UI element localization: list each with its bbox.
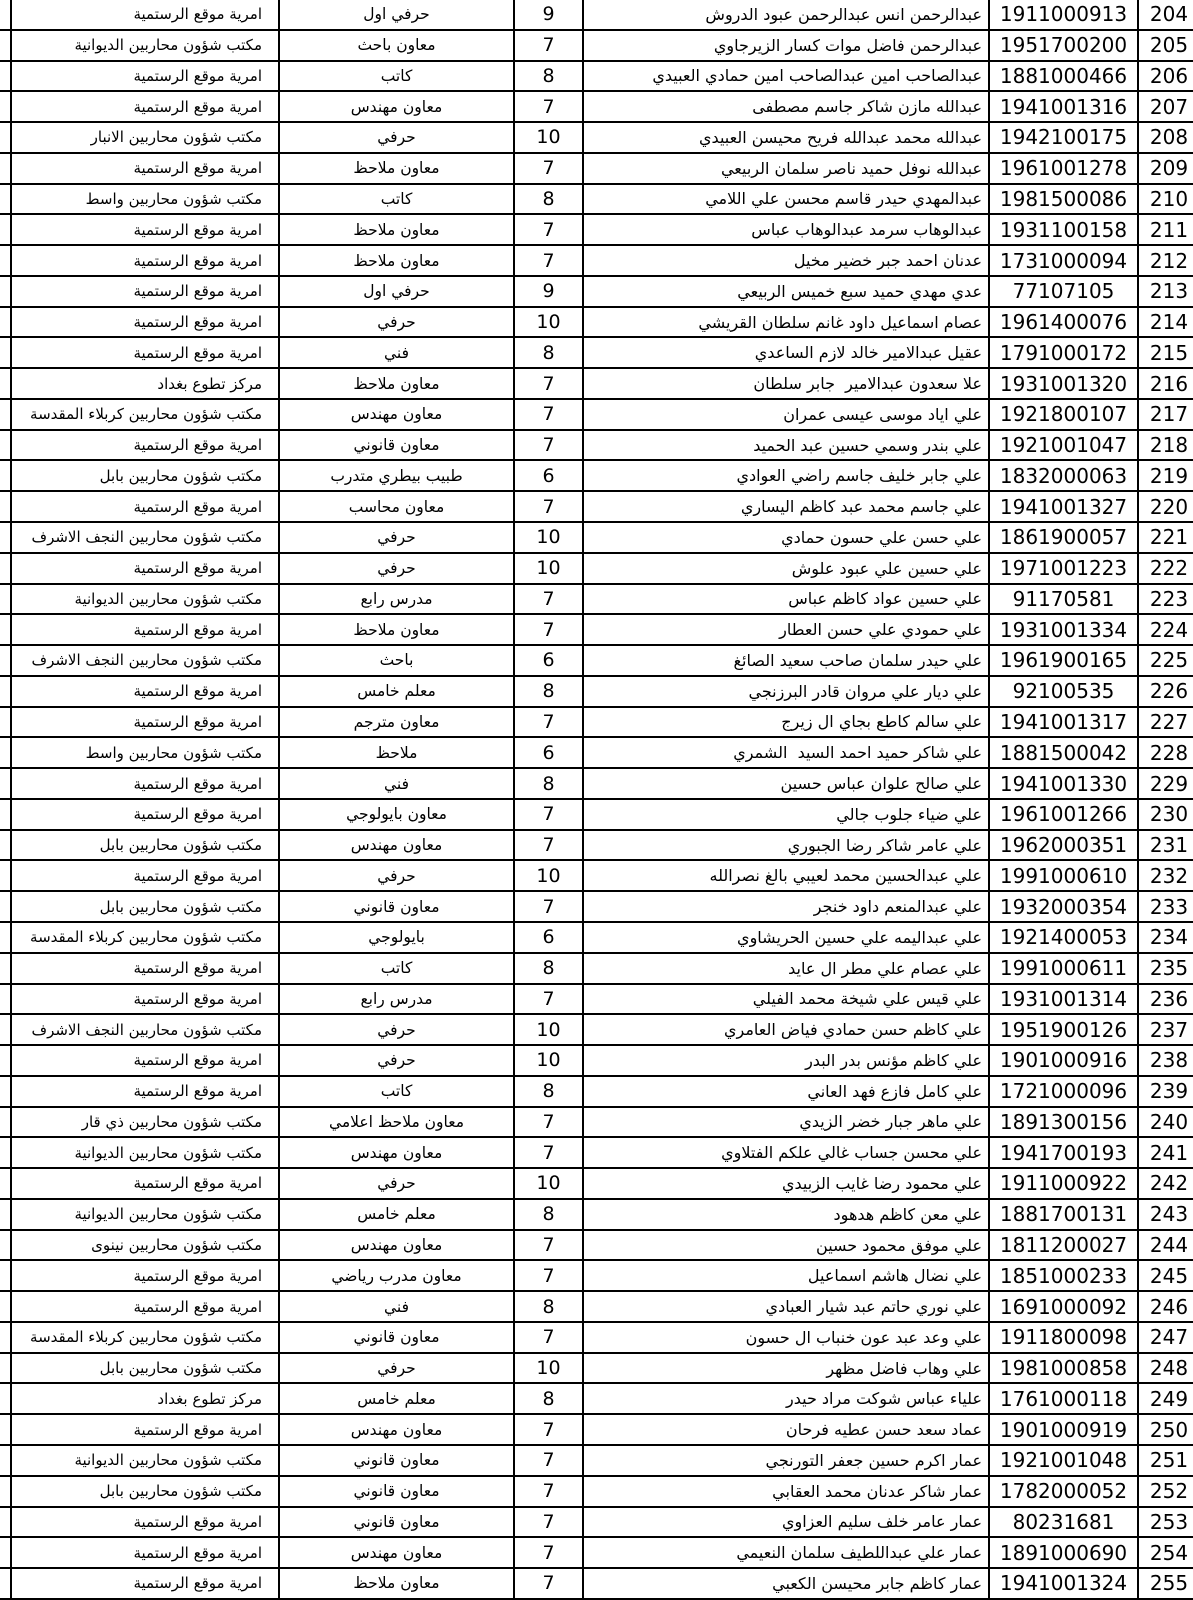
id-cell: 1951900126 xyxy=(988,1015,1137,1046)
row-number-cell: 251 xyxy=(1137,1446,1193,1477)
id-cell: 1691000092 xyxy=(988,1292,1137,1323)
job-cell: معاون مترجم xyxy=(278,708,513,739)
row-number-cell: 219 xyxy=(1137,461,1193,492)
edge-sliver-cell xyxy=(0,677,10,708)
grade-cell: 8 xyxy=(513,769,582,800)
office-cell: مكتب شؤون محاربين النجف الاشرف xyxy=(10,646,278,677)
job-cell: حرفي xyxy=(278,523,513,554)
office-cell: امرية موقع الرستمية xyxy=(10,62,278,93)
grade-cell: 7 xyxy=(513,1477,582,1508)
name-cell: علي وهاب فاضل مظهر xyxy=(582,1354,988,1385)
grade-cell: 8 xyxy=(513,62,582,93)
name-cell: علي شاكر حميد احمد السيد الشمري xyxy=(582,738,988,769)
row-number-cell: 242 xyxy=(1137,1169,1193,1200)
office-cell: امرية موقع الرستمية xyxy=(10,861,278,892)
job-cell: حرفي xyxy=(278,1046,513,1077)
job-cell: معاون مهندس xyxy=(278,400,513,431)
job-cell: حرفي xyxy=(278,1015,513,1046)
job-cell: معاون مهندس xyxy=(278,831,513,862)
edge-sliver-cell xyxy=(0,1231,10,1262)
grade-cell: 9 xyxy=(513,277,582,308)
job-cell: معاون ملاحظ xyxy=(278,1569,513,1600)
edge-sliver-cell xyxy=(0,1569,10,1600)
edge-sliver-cell xyxy=(0,1477,10,1508)
grade-cell: 7 xyxy=(513,1138,582,1169)
edge-sliver-cell xyxy=(0,308,10,339)
edge-sliver-cell xyxy=(0,554,10,585)
name-cell: عدنان احمد جبر خضير مخيل xyxy=(582,246,988,277)
job-cell: طبيب بيطري متدرب xyxy=(278,461,513,492)
job-cell: معاون ملاحظ xyxy=(278,615,513,646)
grade-cell: 7 xyxy=(513,431,582,462)
office-cell: امرية موقع الرستمية xyxy=(10,1261,278,1292)
name-cell: عبدالرحمن انس عبدالرحمن عبود الدروش xyxy=(582,0,988,31)
edge-sliver-cell xyxy=(0,492,10,523)
grade-cell: 6 xyxy=(513,461,582,492)
row-number-cell: 218 xyxy=(1137,431,1193,462)
id-cell: 1941001317 xyxy=(988,708,1137,739)
name-cell: علي اياد موسى عيسى عمران xyxy=(582,400,988,431)
grade-cell: 8 xyxy=(513,1077,582,1108)
grade-cell: 7 xyxy=(513,369,582,400)
office-cell: امرية موقع الرستمية xyxy=(10,154,278,185)
edge-sliver-cell xyxy=(0,954,10,985)
name-cell: عدي مهدي حميد سبع خميس الربيعي xyxy=(582,277,988,308)
row-number-cell: 238 xyxy=(1137,1046,1193,1077)
job-cell: حرفي xyxy=(278,1354,513,1385)
edge-sliver-cell xyxy=(0,523,10,554)
name-cell: علي ديار علي مروان قادر البرزنجي xyxy=(582,677,988,708)
name-cell: علياء عباس شوكت مراد حيدر xyxy=(582,1384,988,1415)
office-cell: امرية موقع الرستمية xyxy=(10,954,278,985)
grade-cell: 10 xyxy=(513,1354,582,1385)
office-cell: مركز تطوع بغداد xyxy=(10,369,278,400)
id-cell: 1991000611 xyxy=(988,954,1137,985)
office-cell: امرية موقع الرستمية xyxy=(10,277,278,308)
edge-sliver-cell xyxy=(0,1508,10,1539)
job-cell: فني xyxy=(278,769,513,800)
job-cell: معاون مهندس xyxy=(278,1415,513,1446)
row-number-cell: 252 xyxy=(1137,1477,1193,1508)
edge-sliver-cell xyxy=(0,1108,10,1139)
grade-cell: 7 xyxy=(513,154,582,185)
id-cell: 1891000690 xyxy=(988,1538,1137,1569)
office-cell: مكتب شؤون محاربين بابل xyxy=(10,461,278,492)
row-number-cell: 220 xyxy=(1137,492,1193,523)
job-cell: معاون باحث xyxy=(278,31,513,62)
row-number-cell: 244 xyxy=(1137,1231,1193,1262)
grade-cell: 7 xyxy=(513,1261,582,1292)
job-cell: معاون قانوني xyxy=(278,1446,513,1477)
grade-cell: 8 xyxy=(513,954,582,985)
name-cell: علي ضياء جلوب جالي xyxy=(582,800,988,831)
id-cell: 1941001330 xyxy=(988,769,1137,800)
grade-cell: 7 xyxy=(513,585,582,616)
grade-cell: 10 xyxy=(513,1169,582,1200)
office-cell: مكتب شؤون محاربين نينوى xyxy=(10,1231,278,1262)
name-cell: علي محسن جساب غالي علكم الفتلاوي xyxy=(582,1138,988,1169)
job-cell: معاون محاسب xyxy=(278,492,513,523)
id-cell: 1911000913 xyxy=(988,0,1137,31)
name-cell: علي قيس علي شيخة محمد الفيلي xyxy=(582,985,988,1016)
row-number-cell: 230 xyxy=(1137,800,1193,831)
edge-sliver-cell xyxy=(0,369,10,400)
grade-cell: 7 xyxy=(513,892,582,923)
job-cell: حرفي xyxy=(278,861,513,892)
name-cell: علي عامر شاكر رضا الجبوري xyxy=(582,831,988,862)
row-number-cell: 253 xyxy=(1137,1508,1193,1539)
office-cell: امرية موقع الرستمية xyxy=(10,246,278,277)
id-cell: 1931001320 xyxy=(988,369,1137,400)
row-number-cell: 211 xyxy=(1137,215,1193,246)
grade-cell: 7 xyxy=(513,1446,582,1477)
id-cell: 1851000233 xyxy=(988,1261,1137,1292)
id-cell: 1931100158 xyxy=(988,215,1137,246)
job-cell: فني xyxy=(278,338,513,369)
name-cell: علا سعدون عبدالامير جابر سلطان xyxy=(582,369,988,400)
job-cell: معاون قانوني xyxy=(278,1323,513,1354)
row-number-cell: 210 xyxy=(1137,185,1193,216)
name-cell: عبدالله محمد عبدالله فريح محيسن العبيدي xyxy=(582,123,988,154)
name-cell: علي نوري حاتم عبد شيار العبادي xyxy=(582,1292,988,1323)
office-cell: امرية موقع الرستمية xyxy=(10,1292,278,1323)
office-cell: امرية موقع الرستمية xyxy=(10,431,278,462)
row-number-cell: 212 xyxy=(1137,246,1193,277)
job-cell: معاون قانوني xyxy=(278,431,513,462)
office-cell: امرية موقع الرستمية xyxy=(10,1569,278,1600)
id-cell: 1931001314 xyxy=(988,985,1137,1016)
office-cell: مكتب شؤون محاربين ذي قار xyxy=(10,1108,278,1139)
job-cell: معاون قانوني xyxy=(278,1477,513,1508)
grade-cell: 10 xyxy=(513,523,582,554)
job-cell: مدرس رابع xyxy=(278,985,513,1016)
name-cell: عبدالله مازن شاكر جاسم مصطفى xyxy=(582,92,988,123)
job-cell: معاون بايولوجي xyxy=(278,800,513,831)
grade-cell: 10 xyxy=(513,308,582,339)
grade-cell: 8 xyxy=(513,1200,582,1231)
grade-cell: 7 xyxy=(513,615,582,646)
edge-sliver-cell xyxy=(0,646,10,677)
job-cell: معاون ملاحظ xyxy=(278,154,513,185)
office-cell: امرية موقع الرستمية xyxy=(10,1169,278,1200)
row-number-cell: 248 xyxy=(1137,1354,1193,1385)
office-cell: امرية موقع الرستمية xyxy=(10,492,278,523)
name-cell: علي وعد عبد عون خنباب ال حسون xyxy=(582,1323,988,1354)
office-cell: مركز تطوع بغداد xyxy=(10,1384,278,1415)
office-cell: مكتب شؤون محاربين بابل xyxy=(10,831,278,862)
edge-sliver-cell xyxy=(0,923,10,954)
edge-sliver-cell xyxy=(0,1292,10,1323)
grade-cell: 10 xyxy=(513,861,582,892)
office-cell: امرية موقع الرستمية xyxy=(10,338,278,369)
job-cell: معاون مدرب رياضي xyxy=(278,1261,513,1292)
job-cell: معاون مهندس xyxy=(278,1138,513,1169)
personnel-table: 2041911000913عبدالرحمن انس عبدالرحمن عبو… xyxy=(0,0,1193,1600)
row-number-cell: 214 xyxy=(1137,308,1193,339)
row-number-cell: 255 xyxy=(1137,1569,1193,1600)
id-cell: 1891300156 xyxy=(988,1108,1137,1139)
office-cell: مكتب شؤون محاربين بابل xyxy=(10,1477,278,1508)
job-cell: معاون مهندس xyxy=(278,1538,513,1569)
row-number-cell: 215 xyxy=(1137,338,1193,369)
row-number-cell: 239 xyxy=(1137,1077,1193,1108)
row-number-cell: 206 xyxy=(1137,62,1193,93)
grade-cell: 7 xyxy=(513,215,582,246)
job-cell: معلم خامس xyxy=(278,1200,513,1231)
name-cell: علي موفق محمود حسين xyxy=(582,1231,988,1262)
grade-cell: 7 xyxy=(513,1323,582,1354)
edge-sliver-cell xyxy=(0,738,10,769)
job-cell: مدرس رابع xyxy=(278,585,513,616)
name-cell: علي حمودي علي حسن العطار xyxy=(582,615,988,646)
id-cell: 1791000172 xyxy=(988,338,1137,369)
edge-sliver-cell xyxy=(0,1138,10,1169)
edge-sliver-cell xyxy=(0,1261,10,1292)
row-number-cell: 231 xyxy=(1137,831,1193,862)
id-cell: 1941001327 xyxy=(988,492,1137,523)
name-cell: عمار كاظم جابر محيسن الكعبي xyxy=(582,1569,988,1600)
grade-cell: 7 xyxy=(513,31,582,62)
office-cell: امرية موقع الرستمية xyxy=(10,1508,278,1539)
office-cell: مكتب شؤون محاربين واسط xyxy=(10,738,278,769)
edge-sliver-cell xyxy=(0,1077,10,1108)
edge-sliver-cell xyxy=(0,1323,10,1354)
id-cell: 1941700193 xyxy=(988,1138,1137,1169)
edge-sliver-cell xyxy=(0,861,10,892)
grade-cell: 6 xyxy=(513,646,582,677)
name-cell: علي عبدالحسين محمد لعيبي بالغ نصرالله xyxy=(582,861,988,892)
office-cell: امرية موقع الرستمية xyxy=(10,92,278,123)
grade-cell: 7 xyxy=(513,1415,582,1446)
row-number-cell: 249 xyxy=(1137,1384,1193,1415)
grade-cell: 7 xyxy=(513,1569,582,1600)
job-cell: فني xyxy=(278,1292,513,1323)
name-cell: علي عبدالمنعم داود خنجر xyxy=(582,892,988,923)
edge-sliver-cell xyxy=(0,892,10,923)
row-number-cell: 241 xyxy=(1137,1138,1193,1169)
office-cell: امرية موقع الرستمية xyxy=(10,800,278,831)
row-number-cell: 229 xyxy=(1137,769,1193,800)
id-cell: 1911000922 xyxy=(988,1169,1137,1200)
office-cell: مكتب شؤون محاربين كربلاء المقدسة xyxy=(10,923,278,954)
grade-cell: 8 xyxy=(513,677,582,708)
grade-cell: 6 xyxy=(513,738,582,769)
name-cell: عمار عامر خلف سليم العزاوي xyxy=(582,1508,988,1539)
office-cell: مكتب شؤون محاربين الديوانية xyxy=(10,1200,278,1231)
edge-sliver-cell xyxy=(0,1415,10,1446)
name-cell: عبدالله نوفل حميد ناصر سلمان الربيعي xyxy=(582,154,988,185)
edge-sliver-cell xyxy=(0,800,10,831)
job-cell: باحث xyxy=(278,646,513,677)
job-cell: ملاحظ xyxy=(278,738,513,769)
document-page: 2041911000913عبدالرحمن انس عبدالرحمن عبو… xyxy=(0,0,1193,1600)
office-cell: امرية موقع الرستمية xyxy=(10,1077,278,1108)
office-cell: امرية موقع الرستمية xyxy=(10,0,278,31)
office-cell: مكتب شؤون محاربين النجف الاشرف xyxy=(10,523,278,554)
name-cell: علي عصام علي مطر ال عايد xyxy=(582,954,988,985)
job-cell: كاتب xyxy=(278,954,513,985)
grade-cell: 7 xyxy=(513,800,582,831)
office-cell: مكتب شؤون محاربين الديوانية xyxy=(10,1138,278,1169)
edge-sliver-cell xyxy=(0,831,10,862)
edge-sliver-cell xyxy=(0,277,10,308)
row-number-cell: 246 xyxy=(1137,1292,1193,1323)
row-number-cell: 233 xyxy=(1137,892,1193,923)
edge-sliver-cell xyxy=(0,1015,10,1046)
edge-sliver-cell xyxy=(0,1446,10,1477)
name-cell: عماد سعد حسن عطيه فرحان xyxy=(582,1415,988,1446)
name-cell: علي حسين علي عبود علوش xyxy=(582,554,988,585)
id-cell: 1811200027 xyxy=(988,1231,1137,1262)
office-cell: مكتب شؤون محاربين كربلاء المقدسة xyxy=(10,400,278,431)
edge-sliver-cell xyxy=(0,31,10,62)
row-number-cell: 208 xyxy=(1137,123,1193,154)
office-cell: مكتب شؤون محاربين الديوانية xyxy=(10,31,278,62)
office-cell: امرية موقع الرستمية xyxy=(10,554,278,585)
grade-cell: 6 xyxy=(513,923,582,954)
id-cell: 1911800098 xyxy=(988,1323,1137,1354)
office-cell: مكتب شؤون محاربين واسط xyxy=(10,185,278,216)
name-cell: عمار علي عبداللطيف سلمان النعيمي xyxy=(582,1538,988,1569)
grade-cell: 7 xyxy=(513,400,582,431)
row-number-cell: 237 xyxy=(1137,1015,1193,1046)
job-cell: كاتب xyxy=(278,62,513,93)
row-number-cell: 222 xyxy=(1137,554,1193,585)
office-cell: مكتب شؤون محاربين النجف الاشرف xyxy=(10,1015,278,1046)
edge-sliver-cell xyxy=(0,0,10,31)
id-cell: 1961001278 xyxy=(988,154,1137,185)
name-cell: علي جابر خليف جاسم راضي العوادي xyxy=(582,461,988,492)
name-cell: عبدالصاحب امين عبدالصاحب امين حمادي العب… xyxy=(582,62,988,93)
row-number-cell: 223 xyxy=(1137,585,1193,616)
edge-sliver-cell xyxy=(0,246,10,277)
edge-sliver-cell xyxy=(0,1354,10,1385)
job-cell: معاون ملاحظ اعلامي xyxy=(278,1108,513,1139)
edge-sliver-cell xyxy=(0,1538,10,1569)
edge-sliver-cell xyxy=(0,769,10,800)
name-cell: عمار شاكر عدنان محمد العقابي xyxy=(582,1477,988,1508)
id-cell: 1942100175 xyxy=(988,123,1137,154)
row-number-cell: 224 xyxy=(1137,615,1193,646)
row-number-cell: 234 xyxy=(1137,923,1193,954)
id-cell: 92100535 xyxy=(988,677,1137,708)
row-number-cell: 247 xyxy=(1137,1323,1193,1354)
grade-cell: 10 xyxy=(513,1046,582,1077)
job-cell: معاون قانوني xyxy=(278,1508,513,1539)
job-cell: معاون مهندس xyxy=(278,1231,513,1262)
id-cell: 1962000351 xyxy=(988,831,1137,862)
name-cell: عبدالمهدي حيدر قاسم محسن علي اللامي xyxy=(582,185,988,216)
name-cell: علي كاظم حسن حمادي فياض العامري xyxy=(582,1015,988,1046)
row-number-cell: 250 xyxy=(1137,1415,1193,1446)
office-cell: مكتب شؤون محاربين بابل xyxy=(10,892,278,923)
job-cell: معاون مهندس xyxy=(278,92,513,123)
grade-cell: 10 xyxy=(513,1015,582,1046)
name-cell: علي عبداليمه علي حسين الحريشاوي xyxy=(582,923,988,954)
job-cell: حرفي اول xyxy=(278,0,513,31)
row-number-cell: 207 xyxy=(1137,92,1193,123)
row-number-cell: 227 xyxy=(1137,708,1193,739)
edge-sliver-cell xyxy=(0,985,10,1016)
office-cell: مكتب شؤون محاربين بابل xyxy=(10,1354,278,1385)
office-cell: امرية موقع الرستمية xyxy=(10,677,278,708)
id-cell: 1981500086 xyxy=(988,185,1137,216)
office-cell: مكتب شؤون محاربين الديوانية xyxy=(10,585,278,616)
name-cell: علي كاظم مؤنس بدر البدر xyxy=(582,1046,988,1077)
grade-cell: 7 xyxy=(513,92,582,123)
name-cell: عصام اسماعيل داود غانم سلطان القريشي xyxy=(582,308,988,339)
edge-sliver-cell xyxy=(0,154,10,185)
grade-cell: 7 xyxy=(513,1108,582,1139)
edge-sliver-cell xyxy=(0,615,10,646)
edge-sliver-cell xyxy=(0,585,10,616)
id-cell: 1932000354 xyxy=(988,892,1137,923)
row-number-cell: 243 xyxy=(1137,1200,1193,1231)
job-cell: كاتب xyxy=(278,1077,513,1108)
name-cell: علي سالم كاطع بجاي ال زيرج xyxy=(582,708,988,739)
grade-cell: 7 xyxy=(513,246,582,277)
id-cell: 1721000096 xyxy=(988,1077,1137,1108)
name-cell: علي معن كاظم هدهود xyxy=(582,1200,988,1231)
job-cell: معاون ملاحظ xyxy=(278,246,513,277)
name-cell: علي محمود رضا غايب الزبيدي xyxy=(582,1169,988,1200)
id-cell: 1901000919 xyxy=(988,1415,1137,1446)
edge-sliver-cell xyxy=(0,185,10,216)
grade-cell: 7 xyxy=(513,708,582,739)
id-cell: 1731000094 xyxy=(988,246,1137,277)
edge-sliver-cell xyxy=(0,92,10,123)
row-number-cell: 209 xyxy=(1137,154,1193,185)
edge-sliver-cell xyxy=(0,708,10,739)
id-cell: 1961400076 xyxy=(988,308,1137,339)
office-cell: امرية موقع الرستمية xyxy=(10,215,278,246)
row-number-cell: 236 xyxy=(1137,985,1193,1016)
job-cell: حرفي xyxy=(278,308,513,339)
edge-sliver-cell xyxy=(0,461,10,492)
grade-cell: 7 xyxy=(513,985,582,1016)
name-cell: عبدالوهاب سرمد عبدالوهاب عباس xyxy=(582,215,988,246)
office-cell: امرية موقع الرستمية xyxy=(10,708,278,739)
id-cell: 1921400053 xyxy=(988,923,1137,954)
row-number-cell: 254 xyxy=(1137,1538,1193,1569)
grade-cell: 8 xyxy=(513,185,582,216)
name-cell: علي كامل فازع فهد العاني xyxy=(582,1077,988,1108)
job-cell: بايولوجي xyxy=(278,923,513,954)
edge-sliver-cell xyxy=(0,431,10,462)
name-cell: عمار اكرم حسين جعفر التورنجي xyxy=(582,1446,988,1477)
id-cell: 1881000466 xyxy=(988,62,1137,93)
edge-sliver-cell xyxy=(0,123,10,154)
id-cell: 1921800107 xyxy=(988,400,1137,431)
job-cell: معاون ملاحظ xyxy=(278,215,513,246)
id-cell: 1881500042 xyxy=(988,738,1137,769)
id-cell: 1931001334 xyxy=(988,615,1137,646)
grade-cell: 8 xyxy=(513,338,582,369)
job-cell: حرفي xyxy=(278,123,513,154)
id-cell: 1761000118 xyxy=(988,1384,1137,1415)
row-number-cell: 204 xyxy=(1137,0,1193,31)
edge-sliver-cell xyxy=(0,338,10,369)
grade-cell: 10 xyxy=(513,123,582,154)
office-cell: امرية موقع الرستمية xyxy=(10,769,278,800)
job-cell: معاون قانوني xyxy=(278,892,513,923)
row-number-cell: 228 xyxy=(1137,738,1193,769)
row-number-cell: 245 xyxy=(1137,1261,1193,1292)
grade-cell: 10 xyxy=(513,554,582,585)
name-cell: علي ماهر جبار خضر الزيدي xyxy=(582,1108,988,1139)
grade-cell: 8 xyxy=(513,1384,582,1415)
job-cell: حرفي xyxy=(278,554,513,585)
